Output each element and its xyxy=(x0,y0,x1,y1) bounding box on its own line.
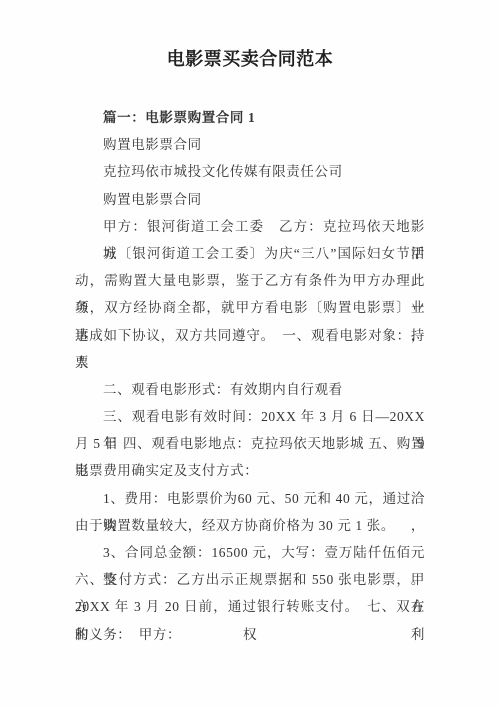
contract-line: 六、支付方式：乙方出示正规票据和 550 张电影票，甲方在 xyxy=(75,566,425,593)
contract-line: 人 xyxy=(75,349,425,376)
contract-line: 甲方：银河街道工会工委 乙方：克拉玛依天地影城甲 xyxy=(75,213,425,240)
contract-line: 二、观看电影形式：有效期内自行观看 xyxy=(75,376,425,403)
contract-line: 篇一：电影票购置合同 1 xyxy=(75,104,425,131)
document-title: 电影票买卖合同范本 xyxy=(0,45,500,71)
document-body: 篇一：电影票购置合同 1 购置电影票合同 克拉玛依市城投文化传媒有限责任公司 购… xyxy=(75,104,425,648)
contract-line: 20XX 年 3 月 20 日前，通过银行转账支付。 七、双方的权利 xyxy=(75,593,425,620)
contract-line: 购置电影票合同 xyxy=(75,131,425,158)
contract-line: 三、观看电影有效时间：20XX 年 3 月 6 日—20XX 年 9 xyxy=(75,403,425,430)
contract-line: 月 5 日 四、观看电影地点：克拉玛依天地影城 五、购置电 xyxy=(75,430,425,457)
contract-line: 达成如下协议，双方共同遵守。 一、观看电影对象：持票 xyxy=(75,322,425,349)
contract-line: 购置电影票合同 xyxy=(75,186,425,213)
contract-line: 影票费用确实定及支付方式： xyxy=(75,457,425,484)
contract-line: 3、合同总金额：16500 元，大写：壹万陆仟伍佰元整。 xyxy=(75,539,425,566)
contract-line: 克拉玛依市城投文化传媒有限责任公司 xyxy=(75,158,425,185)
contract-line: 动，需购置大量电影票，鉴于乙方有条件为甲方办理此项业 xyxy=(75,267,425,294)
contract-line: 务，双方经协商全都，就甲方看电影〔购置电影票〕一事， xyxy=(75,294,425,321)
contract-line: 方〔银河街道工会工委〕为庆“三八”国际妇女节活 xyxy=(75,240,425,267)
document-page: 电影票买卖合同范本 篇一：电影票购置合同 1 购置电影票合同 克拉玛依市城投文化… xyxy=(0,0,500,707)
contract-line: 由于购置数量较大，经双方协商价格为 30 元 1 张。 xyxy=(75,512,425,539)
contract-line: 1、费用：电影票价为60 元、50 元和 40 元，通过洽谈， xyxy=(75,485,425,512)
